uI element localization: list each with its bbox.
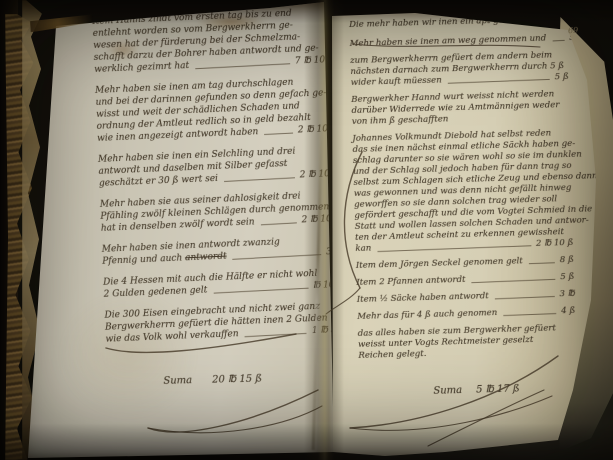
right-page-text: Die mehr haben wir inen ein apt genomen … [349, 14, 577, 399]
right-entries: Mehr haben sie inen am weg genommen und5… [350, 33, 577, 362]
sum-value: 20 ℔ 15 ß [212, 373, 262, 386]
manuscript-line: Item dem Jörgen Seckel genomen gelt8 ß [356, 255, 574, 272]
ledger-entry: Mehr haben sie inen am tag durchschlagen… [95, 75, 337, 145]
dash-leader [552, 40, 564, 41]
left-page: Item Hanns zindt vom ersten tag bis zu e… [18, 0, 338, 460]
line-text: Item dem Jörgen Seckel genomen gelt [356, 256, 523, 272]
line-text: Mehr das für 4 ß auch genomen [357, 308, 497, 323]
ledger-entry: Item Hanns zindt vom ersten tag bis zu e… [92, 6, 334, 76]
dash-leader [195, 63, 290, 69]
ledger-entry: Item dem Jörgen Seckel genomen gelt8 ß [356, 255, 574, 272]
line-text: Item ½ Säcke haben antwordt [357, 291, 489, 306]
ledger-entry: Johannes Volkmundt Diebold hat selbst re… [352, 128, 573, 255]
entry-amount: 7 ℔ 10 ß [295, 54, 335, 68]
line-text: kan [355, 243, 371, 254]
dash-leader [224, 177, 295, 182]
line-text: wider kauft müessen [351, 75, 442, 89]
dash-leader [472, 279, 556, 283]
entry-amount: 4 ß [561, 306, 575, 317]
ledger-entry: Item 2 Pfannen antwordt5 ß [356, 272, 574, 289]
line-text: Item 2 Pfannen antwordt [356, 275, 465, 289]
dash-leader [495, 296, 555, 299]
entry-amount: 2 ℔ 10 ß [536, 238, 574, 250]
ledger-entry: Mehr das für 4 ß auch genomen4 ß [357, 306, 575, 323]
dash-leader [377, 245, 531, 252]
left-page-text: Item Hanns zindt vom ersten tag bis zu e… [92, 6, 348, 392]
ledger-entry: Mehr haben sie inen am weg genommen und5… [350, 33, 568, 50]
dash-leader [448, 79, 550, 84]
line-text: werklich gezimrt hat [94, 60, 189, 76]
page-heading: Die mehr haben wir inen ein apt genomen [349, 14, 567, 31]
manuscript-line: Item 2 Pfannen antwordt5 ß [356, 272, 574, 289]
dash-leader [245, 333, 307, 337]
left-entries: Item Hanns zindt vom ersten tag bis zu e… [92, 6, 346, 346]
line-text: Mehr haben sie inen am weg genommen und [350, 34, 547, 50]
ledger-entry: Bergwerkher Hannd wurt weisst nicht werd… [351, 89, 570, 128]
ledger-entry: Item ½ Säcke haben antwordt3 ℔ [357, 289, 575, 306]
dash-leader [529, 262, 555, 264]
dash-leader [261, 222, 297, 225]
manuscript-line: Mehr haben sie inen am weg genommen und5… [350, 33, 568, 50]
ledger-entry: Mehr haben sie inen antwordt zwanzigPfen… [102, 234, 343, 268]
manuscript-line: Mehr das für 4 ß auch genomen4 ß [357, 306, 575, 323]
sum-label: Suma [163, 375, 192, 388]
ledger-entry: Die 4 Hessen mit auch die Hälfte er nich… [103, 267, 344, 301]
ledger-entry: Mehr haben sie aus seiner dahlosigkeit d… [100, 189, 341, 235]
line-text: Reichen gelegt. [358, 349, 426, 362]
dash-leader [264, 133, 293, 135]
sum-value: 5 ℔ 17 ß [476, 383, 520, 395]
dash-leader [233, 254, 321, 260]
dash-leader [503, 313, 556, 316]
entry-amount: 5 ß [555, 72, 569, 83]
line-text: von ihm ß geschafften [352, 114, 449, 128]
entry-amount: 3 ℔ [559, 289, 575, 300]
sum-label: Suma [433, 385, 462, 397]
right-sum-row: Suma 5 ℔ 17 ß [433, 382, 577, 397]
manuscript-line: Item ½ Säcke haben antwordt3 ℔ [357, 289, 575, 306]
left-sum-row: Suma 20 ℔ 15 ß [163, 371, 347, 387]
ledger-entry: zum Bergwerkherrn gefüert dem andern bei… [350, 50, 569, 89]
entry-amount: 8 ß [560, 255, 574, 266]
entry-amount: 2 ℔ 10 ß [298, 123, 338, 137]
manuscript-photo: Item Hanns zindt vom ersten tag bis zu e… [0, 0, 613, 460]
ledger-entry: Mehr haben sie inen ein Selchling und dr… [98, 144, 339, 190]
ledger-entry: das alles haben sie zum Bergwerkher gefü… [358, 323, 577, 362]
ledger-entry: Die 300 Eisen eingebracht und nicht zwei… [104, 300, 345, 346]
dash-leader [213, 288, 308, 294]
right-page: Die mehr haben wir inen ein apt genomen … [325, 0, 613, 460]
folio-number: 69 [568, 26, 579, 36]
entry-amount: 5 ß [560, 272, 574, 283]
